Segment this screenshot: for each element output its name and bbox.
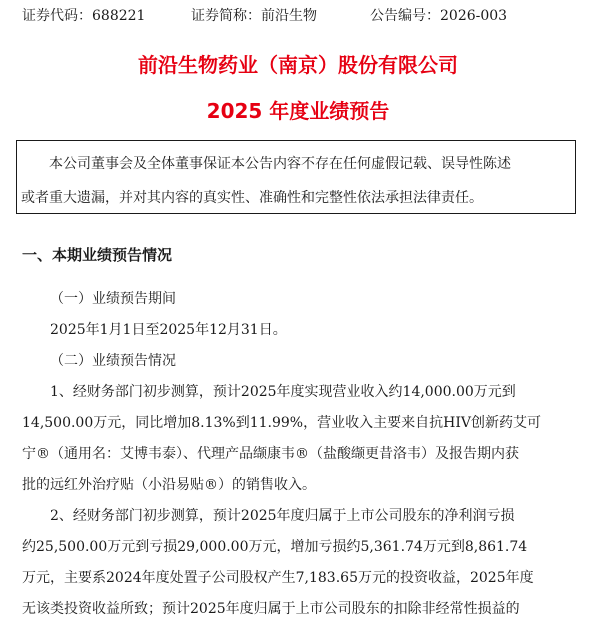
item2-line: 万元，主要系2024年度处置子公司股权产生7,183.65万元的投资收益，202… — [22, 563, 577, 594]
item1-line: 1、经财务部门初步测算，预计2025年度实现营业收入约14,000.00万元到 — [22, 377, 577, 408]
stock-name: 证券简称：前沿生物 — [191, 6, 317, 26]
stock-code: 证券代码：688221 — [22, 6, 145, 26]
item2-line: 无该类投资收益所致；预计2025年度归属于上市公司股东的扣除非经常性损益的 — [22, 594, 577, 625]
section-heading: 一、本期业绩预告情况 — [22, 244, 172, 266]
subsection-heading-forecast: （二）业绩预告情况 — [22, 346, 577, 377]
period-text: 2025年1月1日至2025年12月31日。 — [22, 315, 577, 346]
document-header: 证券代码：688221 证券简称：前沿生物 公告编号：2026-003 — [0, 6, 596, 26]
announcement-number: 公告编号：2026-003 — [370, 6, 507, 26]
item1-line: 宁®（通用名：艾博韦泰）、代理产品缬康韦®（盐酸缬更昔洛韦）及报告期内获 — [22, 439, 577, 470]
disclaimer-box: 本公司董事会及全体董事保证本公告内容不存在任何虚假记载、误导性陈述 或者重大遗漏… — [16, 140, 576, 214]
item1-line: 批的远红外治疗贴（小沿易贴®）的销售收入。 — [22, 470, 577, 501]
company-title: 前沿生物药业（南京）股份有限公司 — [0, 52, 596, 78]
item2-line: 约25,500.00万元到亏损29,000.00万元，增加亏损约5,361.74… — [22, 532, 577, 563]
item2-line: 2、经财务部门初步测算，预计2025年度归属于上市公司股东的净利润亏损 — [22, 501, 577, 532]
item1-line: 14,500.00万元，同比增加8.13%到11.99%，营业收入主要来自抗HI… — [22, 408, 577, 439]
report-title: 2025 年度业绩预告 — [0, 98, 596, 124]
disclaimer-line: 本公司董事会及全体董事保证本公告内容不存在任何虚假记载、误导性陈述 — [21, 147, 571, 181]
forecast-section-body: （一）业绩预告期间 2025年1月1日至2025年12月31日。 （二）业绩预告… — [22, 284, 577, 625]
subsection-heading-period: （一）业绩预告期间 — [22, 284, 577, 315]
disclaimer-line: 或者重大遗漏，并对其内容的真实性、准确性和完整性依法承担法律责任。 — [21, 181, 571, 215]
